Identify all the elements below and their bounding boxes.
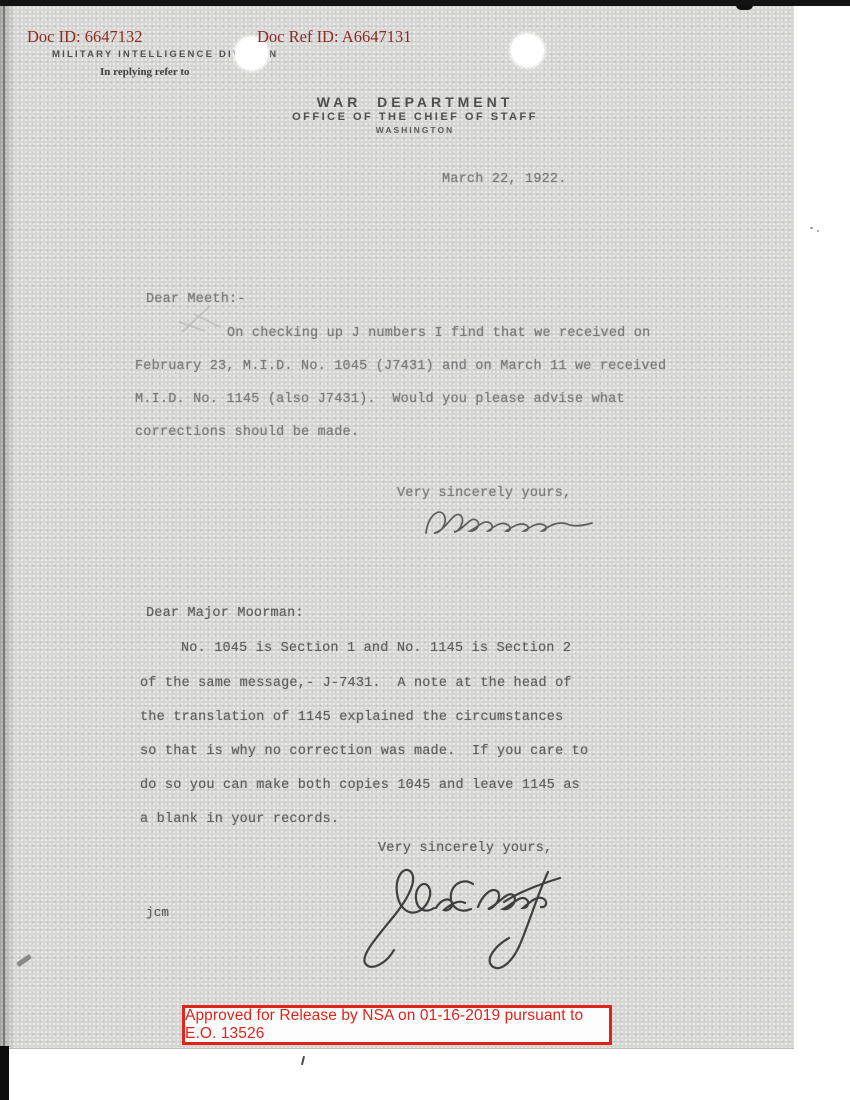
letter1-closing: Very sincerely yours, <box>397 486 571 501</box>
letter2-line: a blank in your records. <box>140 812 339 827</box>
letter1-line: On checking up J numbers I find that we … <box>227 326 650 341</box>
scan-bottom-black-mark <box>0 1046 9 1100</box>
letter-date: March 22, 1922. <box>442 172 567 187</box>
signature-moorman <box>420 500 600 548</box>
scanned-document-page: Doc ID: 6647132 Doc Ref ID: A6647131 MIL… <box>0 0 850 1100</box>
letter2-salutation: Dear Major Moorman: <box>146 606 304 621</box>
scan-top-notch-mark <box>736 5 753 10</box>
speck <box>817 230 819 232</box>
signature-john-c-meeth <box>352 858 567 976</box>
scan-top-black-bar <box>0 0 850 6</box>
letter2-line: No. 1045 is Section 1 and No. 1145 is Se… <box>181 641 571 656</box>
letter1-line: February 23, M.I.D. No. 1045 (J7431) and… <box>135 359 666 374</box>
letterhead-office: OFFICE OF THE CHIEF OF STAFF <box>0 111 830 123</box>
letter2-line: of the same message,- J-7431. A note at … <box>140 676 572 691</box>
scan-edge-line <box>3 6 5 1048</box>
doc-id-stamp: Doc ID: 6647132 <box>27 27 142 47</box>
hole-punch-right <box>511 34 544 67</box>
letter2-line: do so you can make both copies 1045 and … <box>140 778 580 793</box>
release-approval-text: Approved for Release by NSA on 01-16-201… <box>185 1007 609 1043</box>
letter2-line: so that is why no correction was made. I… <box>140 744 588 759</box>
release-approval-stamp: Approved for Release by NSA on 01-16-201… <box>182 1005 612 1045</box>
refer-note: In replying refer to <box>100 66 190 78</box>
letter1-line: corrections should be made. <box>135 425 359 440</box>
letter2-line: the translation of 1145 explained the ci… <box>140 710 563 725</box>
speck <box>810 227 813 229</box>
letterhead-washington: WASHINGTON <box>0 125 830 135</box>
doc-ref-id-stamp: Doc Ref ID: A6647131 <box>257 27 411 47</box>
typist-initials: jcm <box>146 906 169 920</box>
letterhead-war-department: WAR DEPARTMENT <box>0 94 830 110</box>
letter1-line: M.I.D. No. 1145 (also J7431). Would you … <box>135 392 625 407</box>
stray-pen-mark <box>301 1056 305 1065</box>
pencil-scribble <box>172 300 234 338</box>
letter2-closing: Very sincerely yours, <box>378 841 552 856</box>
